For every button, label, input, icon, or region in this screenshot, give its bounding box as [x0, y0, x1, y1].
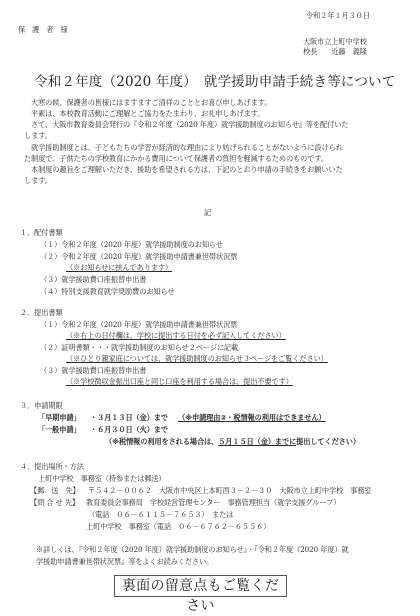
- early-application-note: （※申請理由②・税情報の利用はできません）: [178, 412, 326, 423]
- submission-place: 上町中学校 事務室（持参または郵送）: [38, 473, 166, 484]
- section-4-heading: ４．提出場所・方法: [20, 461, 84, 472]
- early-application-date: ・３月１３日（金）まで: [90, 412, 168, 423]
- mail-label: 【郵 送 先】: [30, 485, 80, 496]
- document-date: 令和２年１月３０日: [306, 10, 370, 21]
- principal-name: 校長 近藤 義隆: [303, 46, 367, 57]
- reverse-side-notice: 裏面の留意点もご覧ください: [114, 575, 287, 597]
- section-3-heading: ３．申請期限: [20, 400, 63, 411]
- general-note-deadline: ５月１５日（金）までに: [218, 437, 296, 446]
- distributed-item-2-note: （※お知らせに挟んであります）: [66, 262, 172, 273]
- general-note-pre: （※税情報の利用をされる場合は、: [105, 437, 218, 446]
- distributed-item-1: （１）令和２年度（2020 年度）就学援助制度のお知らせ: [40, 239, 223, 250]
- intro-line-8: します。: [24, 175, 52, 186]
- submit-item-3: （３）就学援助費口座振替申出書: [40, 365, 146, 376]
- intro-line-7: 本制度の趣旨をご理解いただき、援助を希望される方は、下記のとおり申請の手続きをお…: [31, 164, 343, 175]
- contact-line-1: 教育委員会事務局 学校経営管理センター 事務管理担当（就学支援グループ）: [86, 497, 340, 508]
- general-application-label: 「一般申請」: [38, 424, 81, 435]
- intro-line-3: さて、大阪市教育委員会発行の『令和２年度（2020 年度）就学援助制度のお知らせ…: [31, 119, 348, 130]
- intro-line-4: します。: [24, 130, 52, 141]
- contact-line-3: 上町中学校 事務室（電話 ０６－６７６２－６５５６）: [86, 521, 270, 532]
- recipient: 保 護 者 様: [18, 24, 68, 35]
- general-application-note: （※税情報の利用をされる場合は、５月１５日（金）までに提出してください）: [105, 436, 360, 447]
- general-application-date: ・６月３０日（火）まで: [90, 424, 168, 435]
- intro-line-6: た制度で、子供たちの学校教育にかかる費用について保護者の負担を軽減するためのもの…: [24, 153, 328, 164]
- submit-item-1: （１）令和２年度（2020 年度）就学援助申請書兼世帯状況票: [40, 319, 237, 330]
- submit-item-1-note: （※右上の日付欄は、学校に提出する日付を必ず記入してください）: [66, 330, 286, 341]
- section-1-heading: １．配付書類: [20, 227, 63, 238]
- distributed-item-3: （３）就学援助費口座振替申出書: [40, 274, 146, 285]
- intro-line-1: 大寒の候、保護者の皆様にはますますご清祥のこととお喜び申しあげます。: [31, 97, 271, 108]
- early-application-label: 「早期申請」: [38, 412, 81, 423]
- intro-line-2: 平素は、本校教育活動にご理解とご協力をたまわり、お礼申しあげます。: [31, 108, 264, 119]
- contact-line-2: （電話 ０６－６１１５－７６５３） または: [88, 509, 233, 520]
- submit-item-2-note: （※ひとり親家庭については、就学援助制度のお知らせ３ページをご覧ください）: [66, 353, 328, 364]
- intro-line-5: 就学援助制度とは、子どもたちの学習が経済的な理由により妨げられることがないように…: [31, 142, 343, 153]
- submit-item-2: （２）証明書類・・・就学援助制度のお知らせ２ページに記載: [40, 342, 238, 353]
- footer-note-line-1: ※詳しくは、『令和２年度（2020 年度）就学援助制度のお知らせ』・『令和２年度…: [36, 544, 349, 555]
- mail-address: 〒５４２－００６２ 大阪市中央区上本町西３－２－３０ 大阪市立上町中学校 事務室: [88, 485, 372, 496]
- general-note-post: 提出してください）: [296, 437, 360, 446]
- submit-item-3-note: （※学校徴収金振出口座と同じ口座を利用する場合は、提出不要です）: [66, 376, 293, 387]
- distributed-item-2: （２）令和２年度（2020 年度）就学援助申請書兼世帯状況票: [40, 251, 237, 262]
- ki-heading: 記: [204, 207, 211, 218]
- page-title: 令和２年度（2020 年度） 就学援助申請手続き等について: [34, 70, 395, 90]
- contact-label: 【問 合 せ 先】: [30, 497, 79, 508]
- distributed-item-4: （４）特別支援教育就学奨励費のお知らせ: [40, 286, 174, 297]
- section-2-heading: ２．提出書類: [20, 307, 63, 318]
- footer-note-line-2: 学援助申請書兼世帯状況票』等をよくお読みください。: [36, 556, 213, 567]
